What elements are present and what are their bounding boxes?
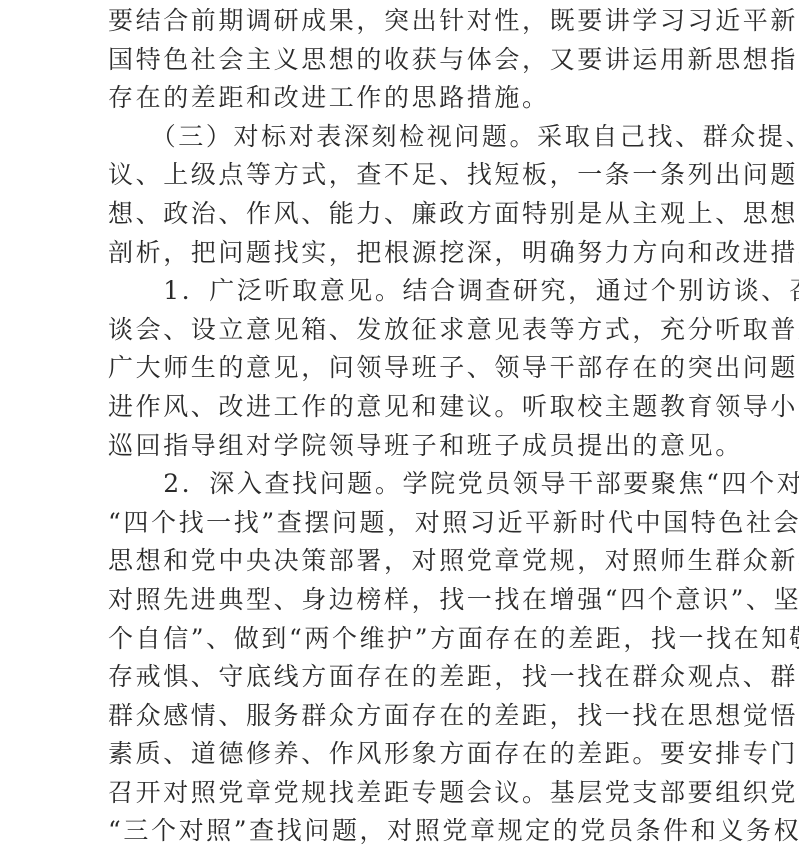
text-line: “四个找一找”查摆问题，对照习近平新时代中国特色社会主义: [108, 504, 700, 543]
item-heading-line: 1．广泛听取意见。结合调查研究，通过个别访谈、召开座: [108, 272, 700, 311]
text-line: 议、上级点等方式，查不足、找短板，一条一条列出问题，从思: [108, 156, 700, 195]
item-heading-line: 2．深入查找问题。学院党员领导干部要聚焦“四个对照”: [108, 465, 700, 504]
section-heading-line: （三）对标对表深刻检视问题。采取自己找、群众提、集体: [108, 118, 700, 157]
text-line: 国特色社会主义思想的收获与体会，又要讲运用新思想指导实践: [108, 41, 700, 80]
text-line: 剖析，把问题找实，把根源挖深，明确努力方向和改进措施。: [108, 234, 700, 273]
text-line: 要结合前期调研成果，突出针对性，既要讲学习习近平新时代中: [108, 2, 700, 41]
text-line: 谈会、设立意见箱、发放征求意见表等方式，充分听取普通党员、: [108, 311, 700, 350]
text-line: 想、政治、作风、能力、廉政方面特别是从主观上、思想上进行: [108, 195, 700, 234]
text-line: 巡回指导组对学院领导班子和班子成员提出的意见。: [108, 427, 700, 466]
text-line: 群众感情、服务群众方面存在的差距，找一找在思想觉悟、能力: [108, 697, 700, 736]
text-line: 存戒惧、守底线方面存在的差距，找一找在群众观点、群众立场、: [108, 658, 700, 697]
text-line: 素质、道德修养、作风形象方面存在的差距。要安排专门时间，: [108, 735, 700, 774]
text-line: 思想和党中央决策部署，对照党章党规，对照师生群众新期待，: [108, 542, 700, 581]
document-body: 要结合前期调研成果，突出针对性，既要讲学习习近平新时代中 国特色社会主义思想的收…: [108, 2, 700, 851]
text-line: 召开对照党章党规找差距专题会议。基层党支部要组织党员聚焦: [108, 774, 700, 813]
text-line: 个自信”、做到“两个维护”方面存在的差距，找一找在知敬畏、: [108, 620, 700, 659]
text-line: 存在的差距和改进工作的思路措施。: [108, 79, 700, 118]
text-line: “三个对照”查找问题，对照党章规定的党员条件和义务权利，: [108, 812, 700, 851]
document-page: 要结合前期调研成果，突出针对性，既要讲学习习近平新时代中 国特色社会主义思想的收…: [0, 0, 799, 851]
text-line: 广大师生的意见，问领导班子、领导干部存在的突出问题，问改: [108, 349, 700, 388]
text-line: 进作风、改进工作的意见和建议。听取校主题教育领导小组下设: [108, 388, 700, 427]
text-line: 对照先进典型、身边榜样，找一找在增强“四个意识”、坚定“四: [108, 581, 700, 620]
